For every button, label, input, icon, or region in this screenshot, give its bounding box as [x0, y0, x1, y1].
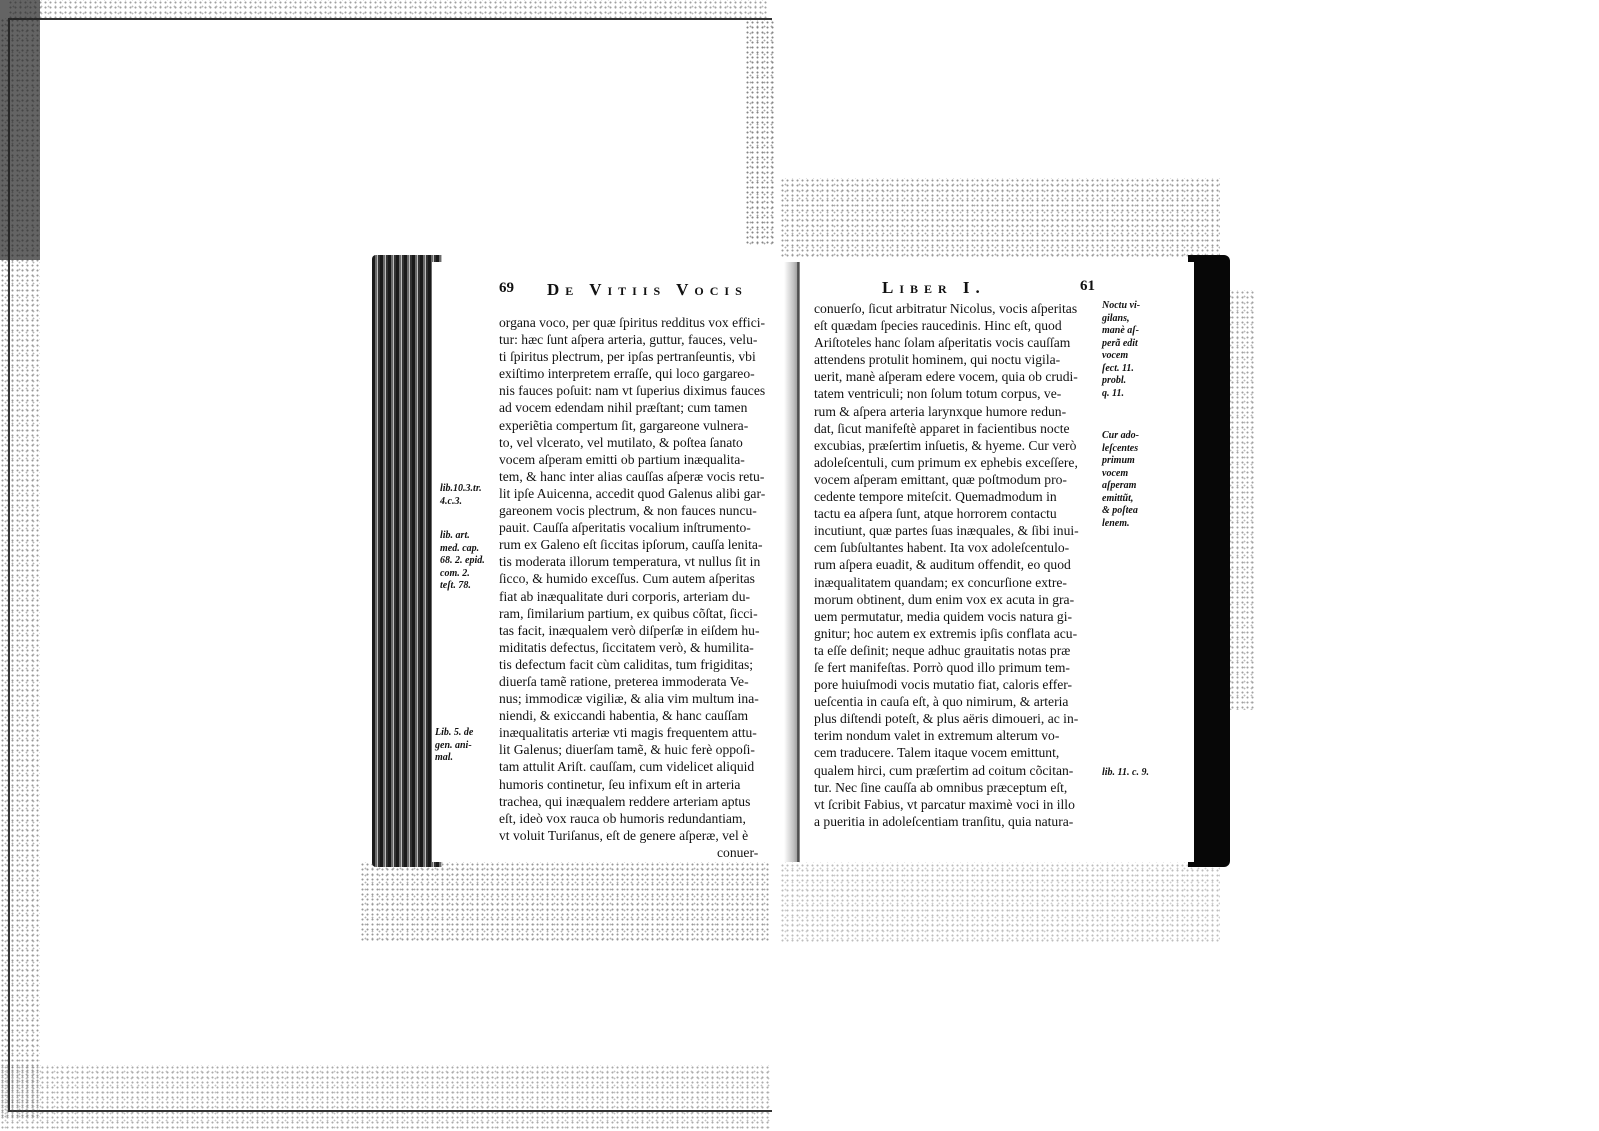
text-line: terim nondum valet in extremum alterum v… [814, 727, 1099, 744]
text-line: rum ex Galeno eſt ſiccitas ipſorum, cauſ… [499, 536, 777, 553]
text-line: ſe fert manifeſtas. Porrò quod illo prim… [814, 659, 1099, 676]
text-line: aſperam [1102, 480, 1139, 493]
text-line: 68. 2. epid. [440, 555, 485, 568]
text-line: excubias, præſertim inſuetis, & hyeme. C… [814, 437, 1099, 454]
left-marginal-note-3: Lib. 5. degen. ani-mal. [435, 727, 473, 765]
text-line: ſect. 11. [1102, 363, 1140, 376]
text-line: tam attulit Ariſt. cauſſam, cum videlice… [499, 758, 777, 775]
text-line: tur. Nec ſine cauſſa ab omnibus præceptu… [814, 779, 1099, 796]
text-line: 4.c.3. [440, 496, 482, 509]
text-line: humoris continetur, ſeu infixum eſt in a… [499, 776, 777, 793]
left-page-body: organa voco, per quæ ſpiritus redditus v… [499, 314, 777, 844]
text-line: mal. [435, 752, 473, 765]
text-line: trachea, qui inæqualem reddere arteriam … [499, 793, 777, 810]
text-line: adoleſcentuli, cum primum ex ephebis exc… [814, 454, 1099, 471]
right-running-head: Liber I. [882, 278, 986, 298]
text-line: gilans, [1102, 313, 1140, 326]
text-line: ueſcentia in cauſa eſt, à quo nimirum, &… [814, 693, 1099, 710]
board-shadow [745, 20, 775, 245]
right-page-body: conuerſo, ſicut arbitratur Nicolus, voci… [814, 300, 1099, 830]
text-line: eſt, ideò vox rauca ob humoris redundant… [499, 810, 777, 827]
text-line: lib.10.3.tr. [440, 483, 482, 496]
text-line: emittũt, [1102, 493, 1139, 506]
text-line: gnitur; hoc autem ex extremis ipſis conf… [814, 625, 1099, 642]
text-line: lit Galenus; diuerſam tamẽ, & huic ferè … [499, 741, 777, 758]
text-line: probl. [1102, 375, 1140, 388]
text-line: organa voco, per quæ ſpiritus redditus v… [499, 314, 777, 331]
text-line: med. cap. [440, 543, 485, 556]
text-line: incutiunt, quæ partes ſuas inæquales, & … [814, 522, 1099, 539]
text-line: ad vocem edendam nihil præſtant; cum tam… [499, 399, 777, 416]
text-line: cem traducere. Talem itaque vocem emittu… [814, 744, 1099, 761]
text-line: tur: hæc ſunt aſpera arteria, guttur, fa… [499, 331, 777, 348]
text-line: attendens protulit hominem, qui noctu vi… [814, 351, 1099, 368]
gutter [784, 262, 800, 862]
right-marginal-note-2: Cur ado-leſcentesprimumvocemaſperamemitt… [1102, 430, 1139, 530]
scan-noise-bottom [0, 1065, 770, 1131]
book-shadow-bottom-left [360, 862, 770, 942]
text-line: ta eſſe deſinit; neque adhuc grauitatis … [814, 642, 1099, 659]
text-line: tatem ventriculi; non ſolum totum corpus… [814, 385, 1099, 402]
text-line: gen. ani- [435, 740, 473, 753]
text-line: fiat ab inæqualitate duri corporis, arte… [499, 588, 777, 605]
text-line: vocem [1102, 468, 1139, 481]
text-line: vt voluit Turiſanus, eſt de genere aſper… [499, 827, 777, 844]
text-line: vocem [1102, 350, 1140, 363]
text-line: lib. art. [440, 530, 485, 543]
right-folio: 61 [1080, 278, 1095, 295]
text-line: lib. 11. c. 9. [1102, 767, 1149, 780]
text-line: lenem. [1102, 518, 1139, 531]
text-line: tas facit, inæqualem verò diſperſæ in ei… [499, 622, 777, 639]
text-line: uerit, manè aſperam edere vocem, quia ob… [814, 368, 1099, 385]
text-line: morum obtinent, dum enim vox ex acuta in… [814, 591, 1099, 608]
text-line: & poſtea [1102, 505, 1139, 518]
text-line: ti ſpiritus plectrum, per ipſas pertranſ… [499, 348, 777, 365]
text-line: diuerſa tamẽ ratione, preterea immoderat… [499, 673, 777, 690]
text-line: gareonem vocis plectrum, & non fauces nu… [499, 502, 777, 519]
text-line: leſcentes [1102, 443, 1139, 456]
left-marginal-note-1: lib.10.3.tr.4.c.3. [440, 483, 482, 508]
text-line: pauit. Cauſſa aſperitatis vocalium inſtr… [499, 519, 777, 536]
left-folio: 69 [499, 280, 514, 297]
text-line: rum aſpera euadit, & auditum offendit, e… [814, 556, 1099, 573]
text-line: cem ſubſultantes habent. Ita vox adoleſc… [814, 539, 1099, 556]
left-running-head: De Vitiis Vocis [547, 280, 748, 300]
book-cover-right [1188, 255, 1230, 867]
text-line: a pueritia in adoleſcentiam tranſitu, qu… [814, 813, 1099, 830]
open-book: 69 De Vitiis Vocis organa voco, per quæ … [372, 250, 1230, 870]
right-marginal-note-1: Noctu vi-gilans,manè aſ-perã editvocemſe… [1102, 300, 1140, 400]
book-shadow-top [780, 178, 1220, 258]
text-line: vocem aſperam emittant, quæ poſtmodum pr… [814, 471, 1099, 488]
text-line: experiẽtia compertum ſit, gargareone vul… [499, 417, 777, 434]
text-line: q. 11. [1102, 388, 1140, 401]
text-line: rum & aſpera arteria larynxque humore re… [814, 403, 1099, 420]
text-line: inæqualitatem quandam; ex concurſione ex… [814, 574, 1099, 591]
text-line: exiſtimo interpretem erraſſe, qui loco g… [499, 365, 777, 382]
text-line: dat, ſicut manifeſtè apparet in facienti… [814, 420, 1099, 437]
text-line: teſt. 78. [440, 580, 485, 593]
text-line: uem permutatur, media quidem vocis natur… [814, 608, 1099, 625]
text-line: cedente tempore miteſcit. Quemadmodum in [814, 488, 1099, 505]
text-line: niendi, & exiccandi habentia, & hanc cau… [499, 707, 777, 724]
right-marginal-note-3: lib. 11. c. 9. [1102, 767, 1149, 780]
text-line: to, vel vlcerato, vel mutilato, & poſtea… [499, 434, 777, 451]
text-line: tem, & hanc inter alias cauſſas aſperæ v… [499, 468, 777, 485]
text-line: miditatis defectus, ſiccitatem verò, & h… [499, 639, 777, 656]
text-line: perã edit [1102, 338, 1140, 351]
text-line: vocem aſperam emitti ob partium inæquali… [499, 451, 777, 468]
text-line: plus diſtendi poteſt, & plus aëris dimou… [814, 710, 1099, 727]
text-line: tactu ea aſpera ſunt, atque horrorem con… [814, 505, 1099, 522]
text-line: vt ſcribit Fabius, vt parcatur maximè vo… [814, 796, 1099, 813]
text-line: ram, ſimilarium partium, ex quibus cõſta… [499, 605, 777, 622]
text-line: eſt quædam ſpecies raucedinis. Hinc eſt,… [814, 317, 1099, 334]
text-line: primum [1102, 455, 1139, 468]
text-line: inæqualitatis arteriæ vti magis frequent… [499, 724, 777, 741]
text-line: qualem hirci, cum præſertim ad coitum cõ… [814, 762, 1099, 779]
text-line: com. 2. [440, 568, 485, 581]
board-fold [0, 0, 40, 260]
text-line: tis moderata illorum temperatura, vt nul… [499, 553, 777, 570]
text-line: lit ipſe Auicenna, accedit quod Galenus … [499, 485, 777, 502]
left-marginal-note-2: lib. art.med. cap.68. 2. epid.com. 2.teſ… [440, 530, 485, 593]
text-line: pore huiuſmodi vocis mutatio fiat, calor… [814, 676, 1099, 693]
catchword: conuer- [717, 845, 758, 861]
text-line: Noctu vi- [1102, 300, 1140, 313]
text-line: ſicco, & humido exceſſus. Cum autem aſpe… [499, 570, 777, 587]
text-line: manè aſ- [1102, 325, 1140, 338]
text-line: Cur ado- [1102, 430, 1139, 443]
text-line: Ariſtoteles hanc ſolam aſperitatis vocis… [814, 334, 1099, 351]
text-line: tis defectum facit cùm caliditas, tum fr… [499, 656, 777, 673]
text-line: conuerſo, ſicut arbitratur Nicolus, voci… [814, 300, 1099, 317]
text-line: Lib. 5. de [435, 727, 473, 740]
text-line: nus; immodicæ vigiliæ, & alia vim multum… [499, 690, 777, 707]
text-line: nis fauces poſuit: nam vt ſuperius dixim… [499, 382, 777, 399]
